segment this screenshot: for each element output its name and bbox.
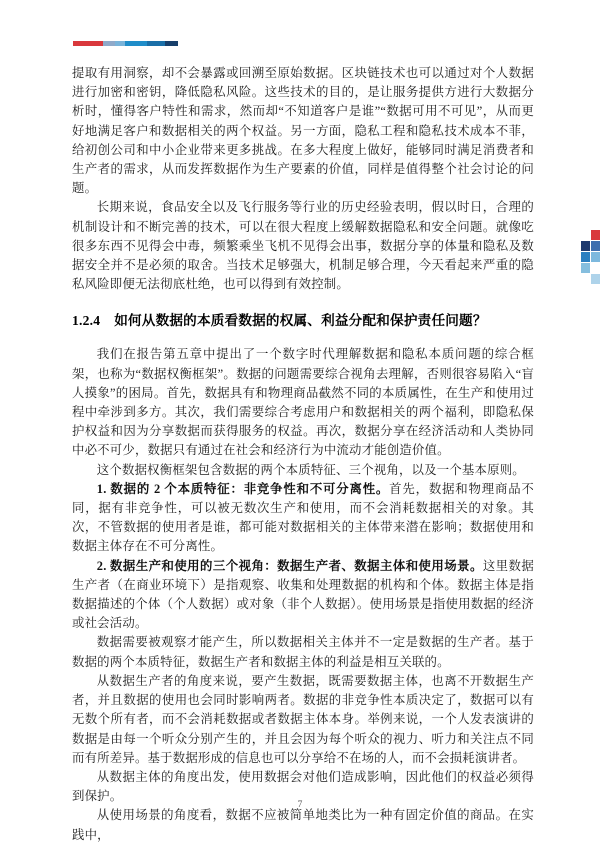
brand-corner-mark [579,230,600,286]
brand-bar-segment [115,41,125,46]
corner-mark-cell [581,252,590,262]
paragraph: 数据需要被观察才能产生，所以数据相关主体并不一定是数据的生产者。基于数据的两个本… [72,633,534,671]
document-page: 提取有用洞察，却不会暴露或回溯至原始数据。区块链技术也可以通过对个人数据进行加密… [0,0,600,848]
paragraph: 1. 数据的 2 个本质特征：非竞争性和不可分离性。首先，数据和物理商品不同，据… [72,480,534,557]
paragraph-lead: 1. 数据的 2 个本质特征：非竞争性和不可分离性。 [97,482,389,496]
brand-bar-segment [147,41,165,46]
corner-mark-cell [591,252,600,262]
paragraphs-after-heading: 我们在报告第五章中提出了一个数字时代理解数据和隐私本质问题的综合框架，也称为“数… [72,345,534,844]
corner-mark-cell [591,230,600,240]
paragraph: 提取有用洞察，却不会暴露或回溯至原始数据。区块链技术也可以通过对个人数据进行加密… [72,64,534,198]
brand-bar-segment [165,41,178,46]
paragraph: 这个数据权衡框架包含数据的两个本质特征、三个视角，以及一个基本原则。 [72,461,534,480]
section-title: 如何从数据的本质看数据的权属、利益分配和保护责任问题？ [114,311,486,331]
document-body: 提取有用洞察，却不会暴露或回溯至原始数据。区块链技术也可以通过对个人数据进行加密… [72,64,534,845]
corner-mark-cell [581,241,590,251]
paragraph: 长期来说，食品安全以及飞行服务等行业的历史经验表明，假以时日，合理的机制设计和不… [72,198,534,294]
page-number: 7 [0,800,600,810]
paragraph: 我们在报告第五章中提出了一个数字时代理解数据和隐私本质问题的综合框架，也称为“数… [72,345,534,460]
brand-bar-segment [103,41,115,46]
paragraph: 从数据生产者的角度来说，要产生数据，既需要数据主体，也离不开数据生产者，并且数据… [72,672,534,768]
brand-bar-segment [125,41,147,46]
paragraphs-before-heading: 提取有用洞察，却不会暴露或回溯至原始数据。区块链技术也可以通过对个人数据进行加密… [72,64,534,294]
section-heading: 1.2.4 如何从数据的本质看数据的权属、利益分配和保护责任问题？ [72,311,534,331]
paragraph: 2. 数据生产和使用的三个视角：数据生产者、数据主体和使用场景。这里数据生产者（… [72,557,534,634]
corner-mark-cell [581,263,590,273]
corner-mark-cell [591,241,600,251]
paragraph-lead: 2. 数据生产和使用的三个视角：数据生产者、数据主体和使用场景。 [97,559,483,573]
brand-bar-segment [73,41,103,46]
section-number: 1.2.4 [72,311,100,331]
paragraph: 从使用场景的角度看，数据不应被简单地类比为一种有固定价值的商品。在实践中， [72,806,534,844]
brand-logo-bar [73,41,178,46]
corner-mark-cell [591,274,600,284]
